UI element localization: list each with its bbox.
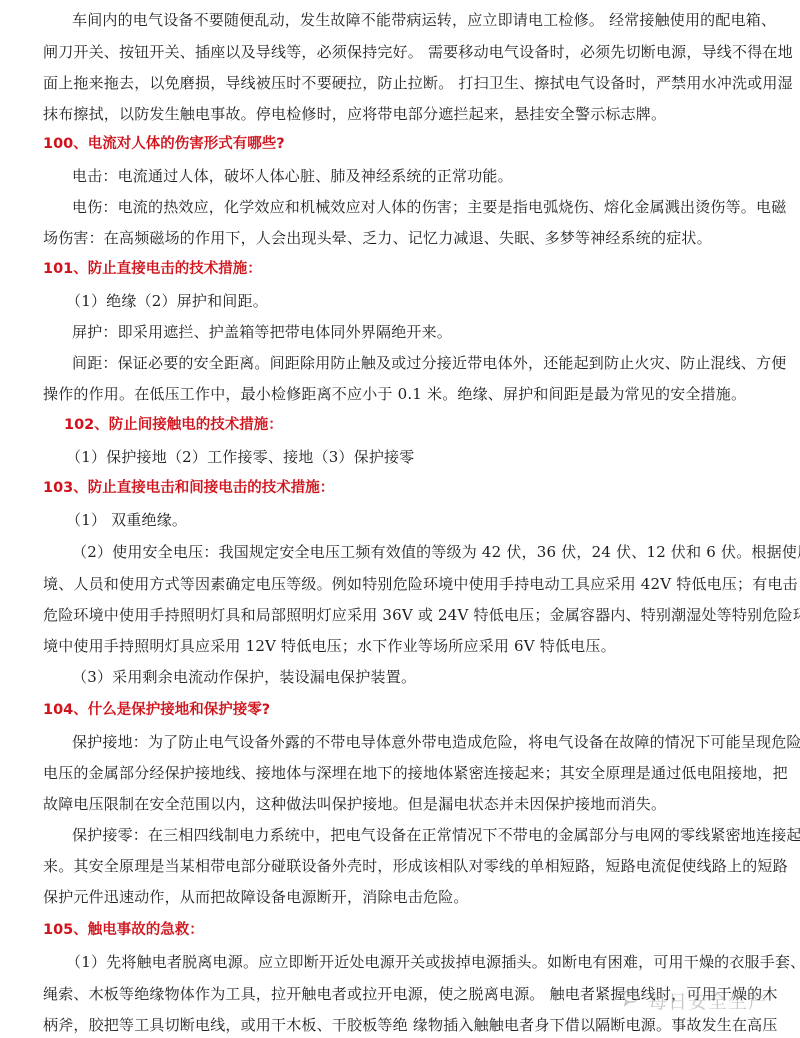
- section-line: 境、人员和使用方式等因素确定电压等级。例如特别危险环境中使用手持电动工具应采用 …: [43, 574, 763, 594]
- section-heading-104: 104、什么是保护接地和保护接零?: [43, 700, 763, 720]
- section-heading-102: 102、防止间接触电的技术措施：: [64, 415, 784, 435]
- section-line: 电击：电流通过人体，破坏人体心脏、肺及神经系统的正常功能。: [72, 166, 792, 186]
- section-line: 操作的作用。在低压工作中，最小检修距离不应小于 0.1 米。绝缘、屏护和间距是最…: [43, 384, 763, 404]
- section-line: 间距：保证必要的安全距离。间距除用防止触及或过分接近带电体外，还能起到防止火灾、…: [72, 353, 792, 373]
- section-line: 保护元件迅速动作，从而把故障设备电源断开，消除电击危险。: [43, 887, 763, 907]
- document-page: 车间内的电气设备不要随便乱动，发生故障不能带病运转，应立即请电工检修。 经常接触…: [0, 0, 800, 1038]
- section-heading-101: 101、防止直接电击的技术措施：: [43, 259, 763, 279]
- section-line: 保护接地：为了防止电气设备外露的不带电导体意外带电造成危险，将电气设备在故障的情…: [72, 732, 792, 752]
- intro-line: 抹布擦拭，以防发生触电事故。停电检修时，应将带电部分遮拦起来，悬挂安全警示标志牌…: [43, 104, 763, 124]
- section-line: 场伤害：在高频磁场的作用下，人会出现头晕、乏力、记忆力减退、失眠、多梦等神经系统…: [43, 228, 763, 248]
- section-line: 故障电压限制在安全范围以内，这种做法叫保护接地。但是漏电状态并未因保护接地而消失…: [43, 794, 763, 814]
- section-line: 境中使用手持照明灯具应采用 12V 特低电压；水下作业等场所应采用 6V 特低电…: [43, 636, 763, 656]
- section-line: 保护接零：在三相四线制电力系统中，把电气设备在正常情况下不带电的金属部分与电网的…: [72, 825, 792, 845]
- section-line: 屏护：即采用遮拦、护盖箱等把带电体同外界隔绝开来。: [72, 322, 792, 342]
- section-line: （1）保护接地（2）工作接零、接地（3）保护接零: [66, 447, 786, 467]
- intro-line: 面上拖来拖去，以免磨损，导线被压时不要硬拉，防止拉断。 打扫卫生、擦拭电气设备时…: [43, 73, 763, 93]
- section-line: 柄斧，胶把等工具切断电线，或用干木板、干胶板等绝 缘物插入触触电者身下借以隔断电…: [43, 1015, 763, 1035]
- section-line: （1）先将触电者脱离电源。应立即断开近处电源开关或拔掉电源插头。如断电有困难，可…: [66, 952, 786, 972]
- section-line: （3）采用剩余电流动作保护，装设漏电保护装置。: [72, 667, 792, 687]
- section-line: 绳索、木板等绝缘物体作为工具，拉开触电者或拉开电源，使之脱离电源。 触电者紧握电…: [43, 984, 763, 1004]
- section-line: 电压的金属部分经保护接地线、接地体与深埋在地下的接地体紧密连接起来；其安全原理是…: [43, 763, 763, 783]
- intro-line: 闸刀开关、按钮开关、插座以及导线等，必须保持完好。 需要移动电气设备时，必须先切…: [43, 42, 763, 62]
- section-heading-103: 103、防止直接电击和间接电击的技术措施：: [43, 478, 763, 498]
- section-line: 电伤：电流的热效应，化学效应和机械效应对人体的伤害；主要是指电弧烧伤、熔化金属溅…: [72, 197, 792, 217]
- section-heading-105: 105、触电事故的急救：: [43, 920, 763, 940]
- section-heading-100: 100、电流对人体的伤害形式有哪些?: [43, 134, 763, 154]
- section-line: （1）绝缘（2）屏护和间距。: [66, 291, 786, 311]
- section-line: （1） 双重绝缘。: [66, 510, 786, 530]
- section-line: （2）使用安全电压：我国规定安全电压工频有效值的等级为 42 伏，36 伏，24…: [72, 542, 792, 562]
- section-line: 来。其安全原理是当某相带电部分碰联设备外壳时，形成该相队对零线的单相短路，短路电…: [43, 856, 763, 876]
- intro-line: 车间内的电气设备不要随便乱动，发生故障不能带病运转，应立即请电工检修。 经常接触…: [72, 10, 792, 30]
- section-line: 危险环境中使用手持照明灯具和局部照明灯应采用 36V 或 24V 特低电压；金属…: [43, 605, 763, 625]
